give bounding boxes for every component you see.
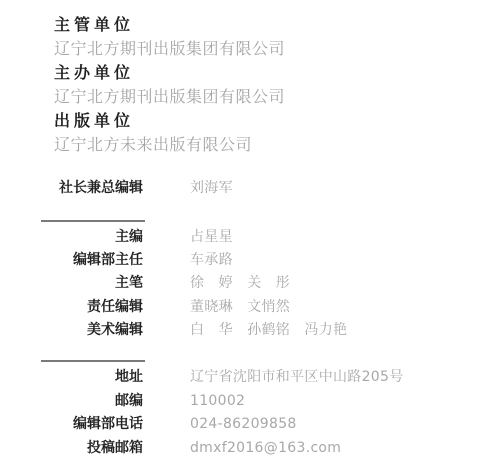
contact-label: 投稿邮箱 <box>87 437 143 460</box>
credit-label: 社长兼总编辑 <box>59 177 143 200</box>
credit-label: 主编 <box>115 226 143 249</box>
credit-value: 占星星 <box>190 226 233 249</box>
supervisor-heading: 主管单位 <box>54 13 454 37</box>
contact-label: 邮编 <box>115 390 143 413</box>
credit-value: 董晓琳 文悄然 <box>190 296 290 319</box>
credit-label: 美术编辑 <box>87 319 143 342</box>
organization-info: 主管单位 辽宁北方期刊出版集团有限公司 主办单位 辽宁北方期刊出版集团有限公司 … <box>54 13 454 157</box>
section-divider <box>41 360 145 362</box>
contact-row-postcode: 邮编 110002 <box>0 390 492 413</box>
credit-row-editor-in-chief: 主编 占星星 <box>0 226 492 249</box>
credit-row-responsible-editors: 责任编辑 董晓琳 文悄然 <box>0 296 492 319</box>
contact-row-address: 地址 辽宁省沈阳市和平区中山路205号 <box>0 366 492 389</box>
publisher-value: 辽宁北方未来出版有限公司 <box>54 133 454 157</box>
credit-label: 责任编辑 <box>87 296 143 319</box>
supervisor-value: 辽宁北方期刊出版集团有限公司 <box>54 37 454 61</box>
credit-value: 白 华 孙鹤铭 冯力艳 <box>190 319 347 342</box>
sponsor-value: 辽宁北方期刊出版集团有限公司 <box>54 85 454 109</box>
contact-value: 辽宁省沈阳市和平区中山路205号 <box>190 366 404 389</box>
contact-label: 地址 <box>115 366 143 389</box>
credit-value: 刘海军 <box>190 177 233 200</box>
credit-value: 车承路 <box>190 249 233 272</box>
publisher-heading: 出版单位 <box>54 109 454 133</box>
contact-label: 编辑部电话 <box>73 413 143 436</box>
credit-value: 徐 婷 关 彤 <box>190 272 290 295</box>
credit-row-president: 社长兼总编辑 刘海军 <box>0 177 492 200</box>
contact-row-email: 投稿邮箱 dmxf2016@163.com <box>0 437 492 460</box>
contact-row-phone: 编辑部电话 024-86209858 <box>0 413 492 436</box>
contact-value: 024-86209858 <box>190 413 297 436</box>
section-divider <box>41 220 145 222</box>
credit-label: 主笔 <box>115 272 143 295</box>
contact-value: dmxf2016@163.com <box>190 437 341 460</box>
credit-row-department-director: 编辑部主任 车承路 <box>0 249 492 272</box>
credit-row-art-editors: 美术编辑 白 华 孙鹤铭 冯力艳 <box>0 319 492 342</box>
contact-value: 110002 <box>190 390 245 413</box>
sponsor-heading: 主办单位 <box>54 61 454 85</box>
credit-label: 编辑部主任 <box>73 249 143 272</box>
credit-row-lead-writers: 主笔 徐 婷 关 彤 <box>0 272 492 295</box>
